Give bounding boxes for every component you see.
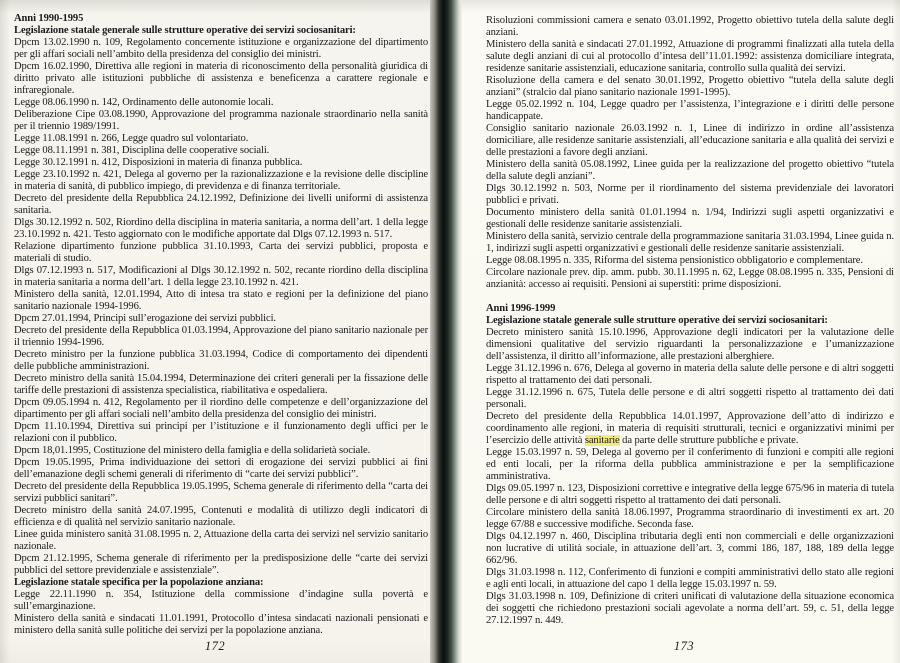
law-entry: Relazione dipartimento funzione pubblica… <box>14 241 428 265</box>
law-entry: Linee guida ministero sanità 31.08.1995 … <box>14 529 428 553</box>
law-entry: Dlgs 31.03.1998 n. 112, Conferimento di … <box>486 567 894 591</box>
page-number-right: 173 <box>480 639 888 654</box>
law-entry: Dlgs 30.12.1992 n. 503, Norme per il rio… <box>486 183 894 207</box>
law-entry: Ministero della sanità e sindacati 27.01… <box>486 39 894 75</box>
law-entry: Decreto del presidente della Repubblica … <box>14 193 428 217</box>
law-entry: Legge 22.11.1990 n. 354, Istituzione del… <box>14 589 428 613</box>
law-entry: Dpcm 19.05.1995, Prima individuazione de… <box>14 457 428 481</box>
law-entry: Deliberazione Cipe 03.08.1990, Approvazi… <box>14 109 428 133</box>
law-entry: Decreto del presidente della Repubblica … <box>14 481 428 505</box>
law-entry: Legge 15.03.1997 n. 59, Delega al govern… <box>486 447 894 483</box>
section-heading: Legislazione statale generale sulle stru… <box>14 25 428 37</box>
law-entry: Decreto ministro della sanità 24.07.1995… <box>14 505 428 529</box>
law-entry: Legge 11.08.1991 n. 266, Legge quadro su… <box>14 133 428 145</box>
law-entry: Dlgs 04.12.1997 n. 460, Disciplina tribu… <box>486 531 894 567</box>
law-entry: Risoluzione della camera e del senato 30… <box>486 75 894 99</box>
law-entry: Dpcm 09.05.1994 n. 412, Regolamento per … <box>14 397 428 421</box>
highlight-mark: sanitarie <box>585 435 620 446</box>
law-entry: Legge 23.10.1992 n. 421, Delega al gover… <box>14 169 428 193</box>
law-entry: Consiglio sanitario nazionale 26.03.1992… <box>486 123 894 159</box>
page-number-left: 172 <box>8 639 422 654</box>
law-entry: Ministero della sanità, servizio central… <box>486 231 894 255</box>
law-entry: Dpcm 16.02.1990, Direttiva alle regioni … <box>14 61 428 97</box>
page-right-text: Risoluzioni commissioni camera e senato … <box>486 15 894 627</box>
law-entry: Documento ministero della sanità 01.01.1… <box>486 207 894 231</box>
law-entry: Circolare ministero della sanità 18.06.1… <box>486 507 894 531</box>
law-entry: Dlgs 31.03.1998 n. 109, Definizione di c… <box>486 591 894 627</box>
page-left: Anni 1990-1995Legislazione statale gener… <box>0 0 434 663</box>
section-heading: Legislazione statale specifica per la po… <box>14 577 428 589</box>
section-heading: Legislazione statale generale sulle stru… <box>486 315 894 327</box>
law-entry: Dlgs 07.12.1993 n. 517, Modificazioni al… <box>14 265 428 289</box>
section-heading: Anni 1990-1995 <box>14 13 428 25</box>
law-entry: Dpcm 27.01.1994, Principi sull’erogazion… <box>14 313 428 325</box>
law-entry: Legge 08.08.1995 n. 335, Riforma del sis… <box>486 255 894 267</box>
law-entry: Dlgs 09.05.1997 n. 123, Disposizioni cor… <box>486 483 894 507</box>
law-entry: Dpcm 18,01.1995, Costituzione del minist… <box>14 445 428 457</box>
page-right: Risoluzioni commissioni camera e senato … <box>462 0 900 663</box>
law-entry: Risoluzioni commissioni camera e senato … <box>486 15 894 39</box>
book-spread: Anni 1990-1995Legislazione statale gener… <box>0 0 900 663</box>
law-entry: Legge 08.11.1991 n. 381, Disciplina dell… <box>14 145 428 157</box>
law-entry: Legge 30.12.1991 n. 412, Disposizioni in… <box>14 157 428 169</box>
law-entry: Legge 31.12.1996 n. 676, Delega al gover… <box>486 363 894 387</box>
law-entry: Legge 08.06.1990 n. 142, Ordinamento del… <box>14 97 428 109</box>
law-entry: Legge 05.02.1992 n. 104, Legge quadro pe… <box>486 99 894 123</box>
page-edge-shadow <box>892 0 900 663</box>
law-entry: Legge 31.12.1996 n. 675, Tutela delle pe… <box>486 387 894 411</box>
page-left-text: Anni 1990-1995Legislazione statale gener… <box>14 13 428 637</box>
law-entry: Decreto ministero sanità 15.10.1996, App… <box>486 327 894 363</box>
law-entry: Circolare nazionale prev. dip. amm. pubb… <box>486 267 894 291</box>
law-entry: Ministero della sanità e sindacati 11.01… <box>14 613 428 637</box>
law-entry: Decreto ministro per la funzione pubblic… <box>14 349 428 373</box>
law-entry: Ministero della sanità, 12.01.1994, Atto… <box>14 289 428 313</box>
law-entry: Dpcm 21.12.1995, Schema generale di rife… <box>14 553 428 577</box>
book-gutter <box>430 0 462 663</box>
law-entry: Decreto del presidente della Repubblica … <box>486 411 894 447</box>
law-entry: Ministero della sanità 05.08.1992, Linee… <box>486 159 894 183</box>
page-edge-shadow <box>0 0 10 663</box>
law-entry: Dlgs 30.12.1992 n. 502, Riordino della d… <box>14 217 428 241</box>
law-entry: Decreto ministro della sanità 15.04.1994… <box>14 373 428 397</box>
law-entry: Dpcm 13.02.1990 n. 109, Regolamento conc… <box>14 37 428 61</box>
law-entry: Decreto del presidente della Repubblica … <box>14 325 428 349</box>
section-heading: Anni 1996-1999 <box>486 303 894 315</box>
law-entry: Dpcm 11.10.1994, Direttiva sui principi … <box>14 421 428 445</box>
